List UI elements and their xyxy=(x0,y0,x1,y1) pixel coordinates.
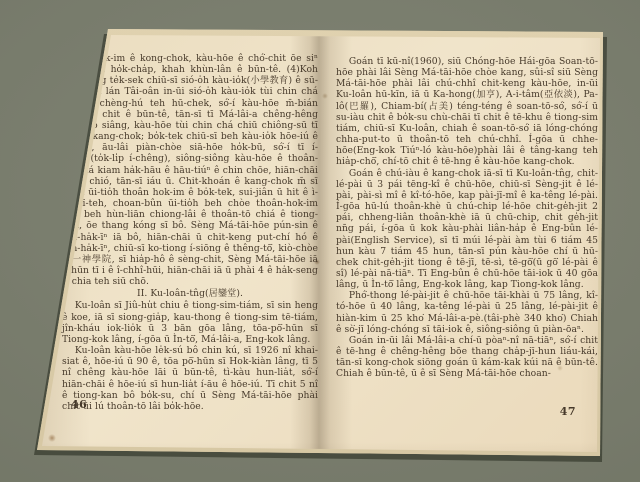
paragraph: Goán in-ūi lâi Má-lâi-a chí-ū pòaⁿ-nî nā… xyxy=(336,335,598,380)
book-photo-background: thoân hok-im ê kong-chok, kàu-hōe ê chó͘… xyxy=(0,0,640,482)
page-number-right: 47 xyxy=(336,405,576,418)
right-page-text: Goán tī kū-nî(1960), siū Chóng-hōe Hái-g… xyxy=(336,56,598,408)
page-number-left: 46 xyxy=(71,398,87,411)
paragraph: Ku-loân sī Jiû-hu̍t chiu ê tiong-sim-tiá… xyxy=(62,300,318,345)
paragraph: Phó͘-thong lé-pài-jit ê chū-hōe tāi-khài… xyxy=(336,290,598,335)
left-page-text: thoân hok-im ê kong-chok, kàu-hōe ê chó͘… xyxy=(62,53,318,401)
paragraph: Ku-loân kàu-hōe le̍k-sú bô chin kú, sī 1… xyxy=(62,345,318,412)
paragraph: Goán ê chú-iàu ê kang-chok iā-sī tī Ku-l… xyxy=(336,168,598,291)
open-book-spread: thoân hok-im ê kong-chok, kàu-hōe ê chó͘… xyxy=(0,0,640,482)
section-heading: II. Ku-loân-tn̂g(居鑾堂). xyxy=(62,288,318,299)
paragraph: Goán tī kū-nî(1960), siū Chóng-hōe Hái-g… xyxy=(336,56,598,168)
